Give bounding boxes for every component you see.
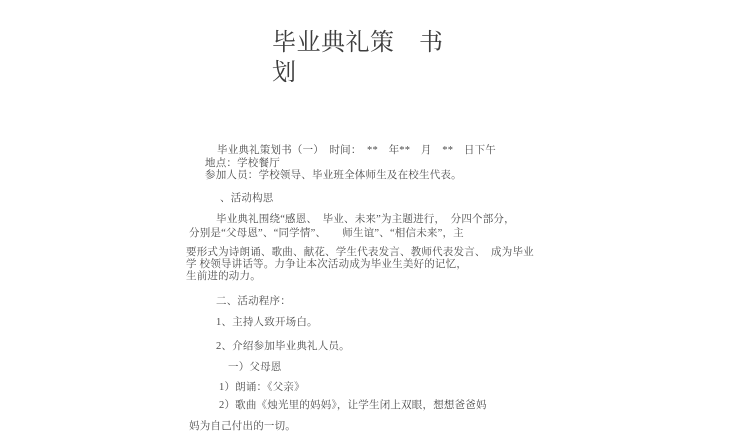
body-line-13: 一）父母恩 [228, 361, 282, 374]
body-line-6: 分别是“父母恩”、“同学情”、 师生谊”、“相信未来”，主 [189, 227, 464, 240]
document-title-line-1: 毕业典礼策 书 [272, 30, 444, 56]
body-line-15: 2）歌曲《烛光里的妈妈》，让学生闭上双眼，想想爸爸妈 [219, 399, 487, 412]
body-line-12: 2、介绍参加毕业典礼人员。 [216, 340, 350, 353]
body-line-14: 1）朗诵：《父亲》 [219, 381, 305, 394]
document-page: 毕业典礼策 书 划 毕业典礼策划书（一） 时间： ** 年** 月 ** 日下午… [0, 0, 732, 436]
body-line-4: 、活动构思 [220, 192, 274, 205]
body-line-10: 二、活动程序： [216, 295, 291, 308]
body-line-9: 生前进的动力。 [186, 270, 261, 283]
body-line-3: 参加人员：学校领导、毕业班全体师生及在校生代表。 [205, 169, 462, 182]
body-line-11: 1、主持人致开场白。 [216, 316, 318, 329]
body-line-5: 毕业典礼围绕“感恩、 毕业、未来”为主题进行， 分四个部分， [216, 213, 515, 226]
body-line-16: 妈为自己付出的一切。 [189, 420, 296, 433]
document-title-line-2: 划 [272, 60, 297, 86]
body-line-1: 毕业典礼策划书（一） 时间： ** 年** 月 ** 日下午 [217, 144, 496, 157]
